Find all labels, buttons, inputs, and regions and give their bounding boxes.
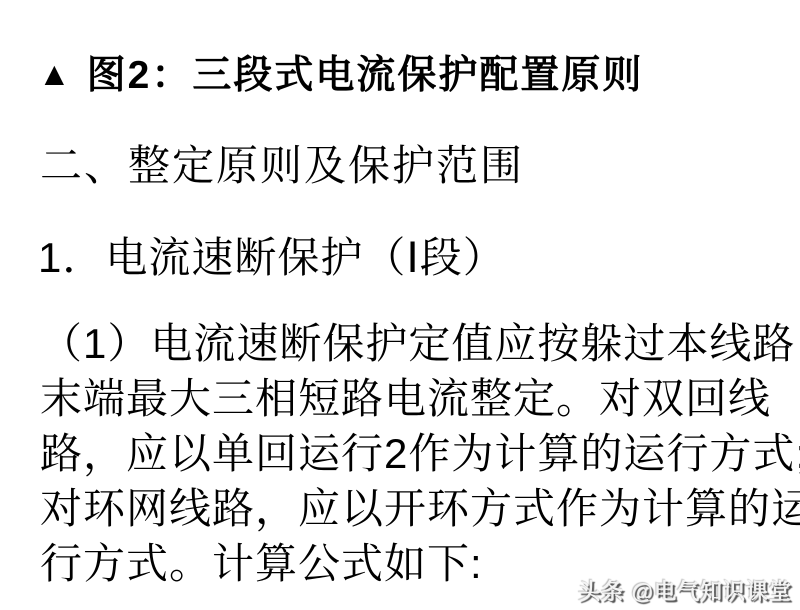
- figure-caption: ▲图2：三段式电流保护配置原则: [38, 44, 643, 100]
- body-paragraph: （1）电流速断保护定值应按躲过本线路 末端最大三相短路电流整定。对双回线 路，应…: [40, 316, 780, 591]
- paragraph-line: 对环网线路，应以开环方式作为计算的运: [40, 481, 780, 536]
- figure-caption-text: 图2：三段式电流保护配置原则: [87, 54, 644, 97]
- paragraph-line: 末端最大三相短路电流整定。对双回线: [40, 371, 780, 426]
- toutiao-watermark: 头条 @电气知识课堂: [578, 575, 792, 606]
- triangle-marker-icon: ▲: [38, 55, 73, 92]
- paragraph-line: （1）电流速断保护定值应按躲过本线路: [40, 316, 780, 371]
- section-heading: 二、整定原则及保护范围: [40, 133, 524, 193]
- article-page: ▲图2：三段式电流保护配置原则 二、整定原则及保护范围 1．电流速断保护（Ⅰ段）…: [0, 0, 800, 610]
- sub-heading: 1．电流速断保护（Ⅰ段）: [38, 225, 506, 285]
- paragraph-line: 路，应以单回运行2作为计算的运行方式;: [40, 426, 780, 481]
